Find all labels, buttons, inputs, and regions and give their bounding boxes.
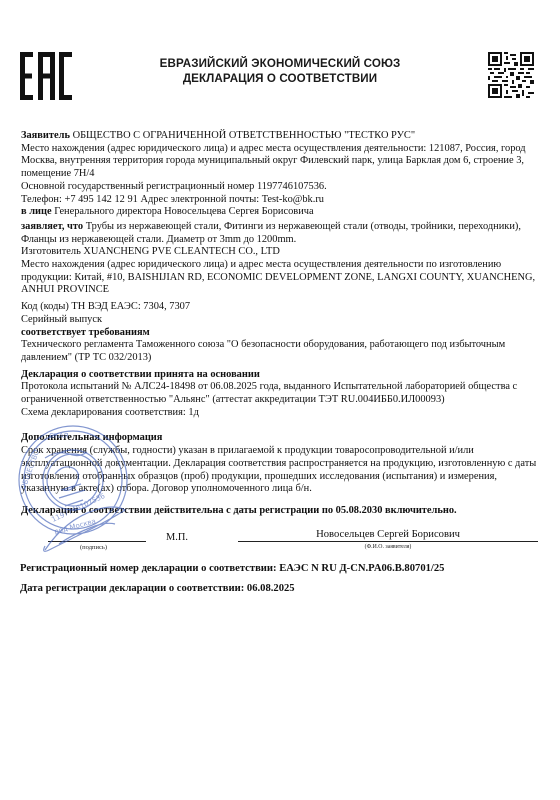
union-title: ЕВРАЗИЙСКИЙ ЭКОНОМИЧЕСКИЙ СОЮЗ [90, 56, 470, 71]
representative-line: в лице Генерального директора Новосельце… [21, 206, 546, 219]
declaration-body: Заявитель ОБЩЕСТВО С ОГРАНИЧЕННОЙ ОТВЕТС… [21, 130, 546, 518]
eac-logo [18, 52, 74, 100]
registration-date: Дата регистрации декларации о соответств… [20, 583, 295, 594]
declaration-title: ДЕКЛАРАЦИЯ О СООТВЕТСТВИИ [90, 71, 470, 86]
product-description: Трубы из нержавеющей стали, Фитинги из н… [21, 221, 521, 245]
additional-info-label: Дополнительная информация [21, 432, 546, 445]
applicant-label: Заявитель [21, 130, 70, 141]
applicant-contacts: Телефон: +7 495 142 12 91 Адрес электрон… [21, 194, 546, 207]
validity-text: Декларация о соответствии действительна … [21, 505, 546, 518]
registration-number: Регистрационный номер декларации о соотв… [20, 563, 444, 574]
manufacturer: Изготовитель XUANCHENG PVE CLEANTECH CO.… [21, 246, 546, 259]
requirements-label: соответствует требованиям [21, 327, 546, 340]
hs-codes: Код (коды) ТН ВЭД ЕАЭС: 7304, 7307 [21, 301, 546, 314]
basis-text: Протокола испытаний № АЛС24-18498 от 06.… [21, 381, 546, 406]
eac-mark-icon [18, 52, 74, 100]
applicant-ogrn: Основной государственный регистрационный… [21, 181, 546, 194]
applicant-name: ОБЩЕСТВО С ОГРАНИЧЕННОЙ ОТВЕТСТВЕННОСТЬЮ… [73, 130, 416, 141]
requirements-text: Технического регламента Таможенного союз… [21, 339, 546, 364]
declares-label: заявляет, что [21, 221, 83, 232]
additional-info-text: Срок хранения (службы, годности) указан … [21, 445, 546, 496]
signer-caption: (Ф.И.О. заявителя) [238, 544, 538, 550]
applicant-address: Место нахождения (адрес юридического лиц… [21, 143, 546, 181]
release-type: Серийный выпуск [21, 314, 546, 327]
signature-line [48, 541, 146, 542]
declaration-scheme: Схема декларирования соответствия: 1д [21, 407, 546, 420]
qr-code[interactable] [488, 52, 534, 98]
product-line: заявляет, что Трубы из нержавеющей стали… [21, 221, 546, 246]
applicant-line: Заявитель ОБЩЕСТВО С ОГРАНИЧЕННОЙ ОТВЕТС… [21, 130, 546, 143]
basis-label: Декларация о соответствии принята на осн… [21, 369, 546, 382]
manufacturer-address: Место нахождения (адрес юридического лиц… [21, 259, 546, 297]
signer-name: Новосельцев Сергей Борисович [238, 529, 538, 540]
representative-text: Генерального директора Новосельцева Серг… [54, 206, 313, 217]
document-title: ЕВРАЗИЙСКИЙ ЭКОНОМИЧЕСКИЙ СОЮЗ ДЕКЛАРАЦИ… [90, 56, 470, 86]
declaration-page: ЕВРАЗИЙСКИЙ ЭКОНОМИЧЕСКИЙ СОЮЗ ДЕКЛАРАЦИ… [0, 0, 560, 800]
signature-caption: (подпись) [80, 544, 107, 551]
seal-label: М.П. [166, 532, 188, 543]
signature-block: (подпись) М.П. Новосельцев Сергей Борисо… [0, 528, 560, 558]
representative-label: в лице [21, 206, 52, 217]
qr-code-icon [488, 52, 534, 98]
signer-name-line [238, 541, 538, 542]
